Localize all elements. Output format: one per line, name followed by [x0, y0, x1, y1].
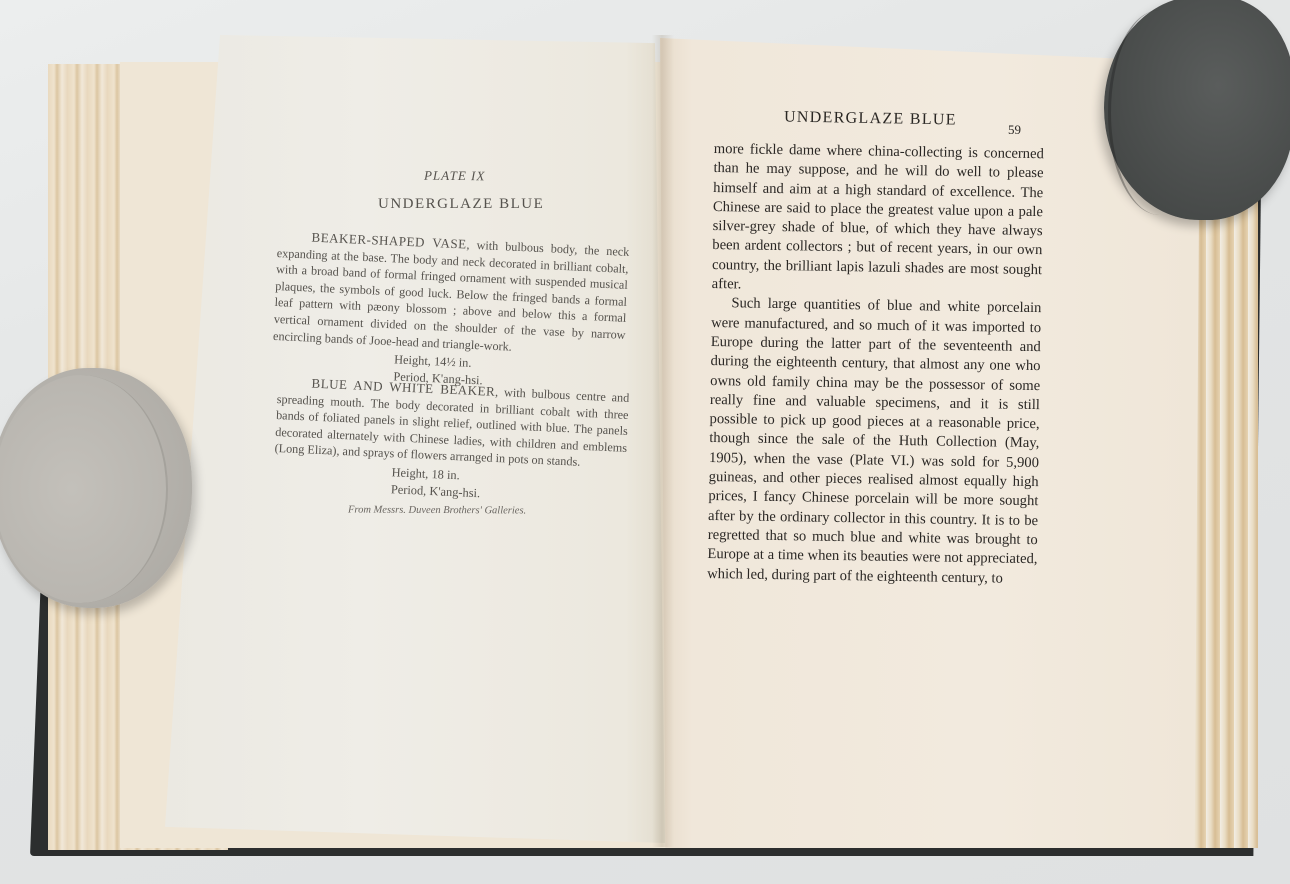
running-head: UNDERGLAZE BLUE [784, 108, 957, 129]
plate-credit: From Messrs. Duveen Brothers' Galleries. [348, 505, 526, 517]
page-number: 59 [1008, 122, 1021, 138]
plate-item-2: BLUE AND WHITE BEAKER, with bulbous cent… [273, 374, 630, 508]
item-description: , with bulbous centre and spreading mout… [274, 385, 629, 469]
paragraph: Such large quantities of blue and white … [707, 294, 1042, 589]
plate-heading: UNDERGLAZE BLUE [378, 196, 544, 213]
dark-weight-rim [1108, 10, 1211, 215]
book-gutter [652, 35, 674, 847]
paragraph: more fickle dame where china-collecting … [712, 140, 1044, 300]
item-description: , with bulbous body, the neck expanding … [273, 238, 630, 354]
light-weight-face [0, 375, 168, 603]
plate-item-1: BEAKER-SHAPED VASE, with bulbous body, t… [271, 228, 630, 395]
body-text: more fickle dame where china-collecting … [707, 140, 1044, 589]
plate-label: PLATE IX [424, 168, 485, 185]
